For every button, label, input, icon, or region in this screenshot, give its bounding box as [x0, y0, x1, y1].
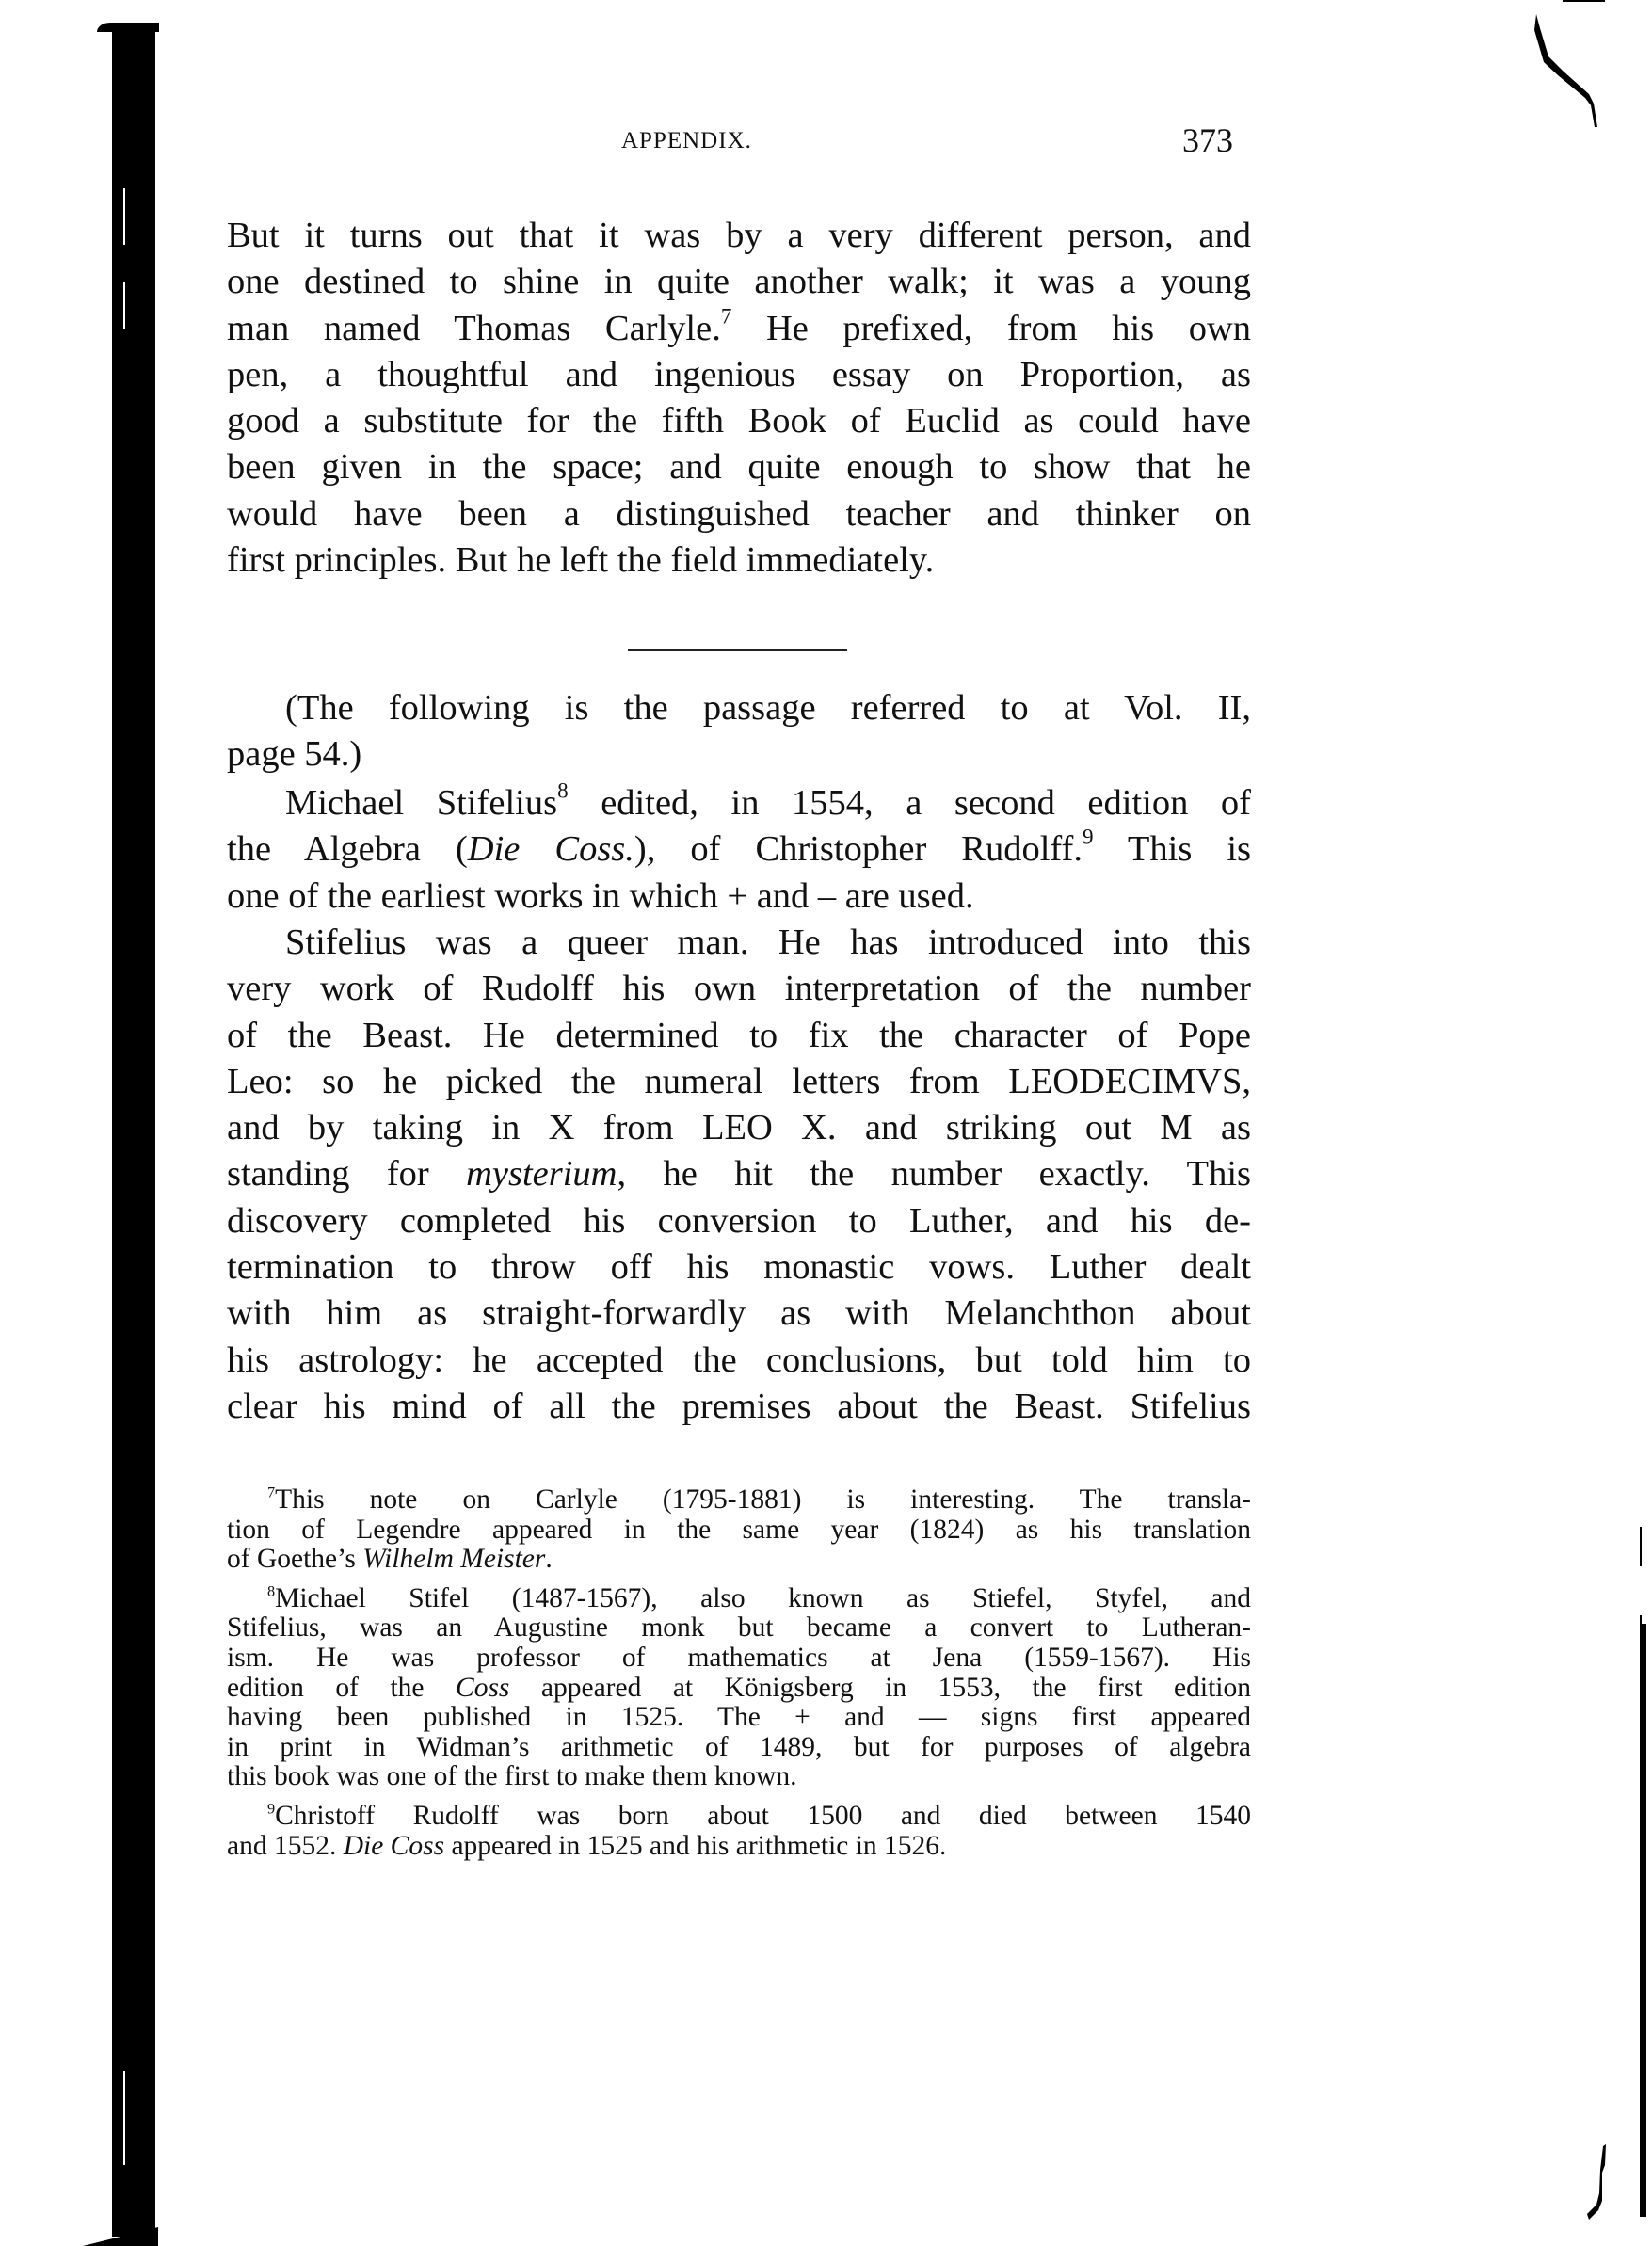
- footnote-marker: 7: [267, 1484, 275, 1501]
- footnote-line: tion of Legendre appeared in the same ye…: [227, 1516, 1251, 1546]
- text-line: his astrology: he accepted the conclusio…: [227, 1338, 1251, 1384]
- paragraph-stifelius-beast: Stifelius was a queer man. He has introd…: [227, 920, 1251, 1430]
- text-line: (The following is the passage referred t…: [227, 685, 1251, 731]
- text-line: of the Beast. He determined to fix the c…: [227, 1013, 1251, 1059]
- text-line: one of the earliest works in which + and…: [227, 874, 1251, 920]
- text-line: But it turns out that it was by a very d…: [227, 213, 1251, 259]
- footnote-ref-8[interactable]: 8: [557, 778, 569, 803]
- footnote-line: Stifelius, was an Augustine monk but bec…: [227, 1613, 1251, 1644]
- text-line: Michael Stifelius8 edited, in 1554, a se…: [227, 780, 1251, 826]
- text-line: one destined to shine in quite another w…: [227, 259, 1251, 305]
- footnote-7: 7This note on Carlyle (1795-1881) is int…: [227, 1485, 1251, 1575]
- text-line: been given in the space; and quite enoug…: [227, 444, 1251, 490]
- text-line: page 54.): [227, 731, 1251, 778]
- footnotes: 7This note on Carlyle (1795-1881) is int…: [227, 1485, 1251, 1870]
- section-divider: [628, 649, 847, 651]
- passage-reference-note: (The following is the passage referred t…: [227, 685, 1251, 778]
- text-line: pen, a thoughtful and ingenious essay on…: [227, 352, 1251, 398]
- text-line: man named Thomas Carlyle.7 He prefixed, …: [227, 306, 1251, 352]
- footnote-line: and 1552. Die Coss appeared in 1525 and …: [227, 1832, 1251, 1862]
- page-number: 373: [1182, 120, 1233, 160]
- footnote-line: 8Michael Stifel (1487-1567), also known …: [227, 1584, 1251, 1614]
- text-line: termination to throw off his monastic vo…: [227, 1244, 1251, 1291]
- text-line: with him as straight-forwardly as with M…: [227, 1291, 1251, 1337]
- text-line: and by taking in X from LEO X. and strik…: [227, 1105, 1251, 1151]
- footnote-ref-9[interactable]: 9: [1083, 825, 1094, 849]
- footnote-marker: 9: [267, 1801, 275, 1818]
- footnote-line: this book was one of the first to make t…: [227, 1762, 1251, 1792]
- text-line: good a substitute for the fifth Book of …: [227, 398, 1251, 444]
- paragraph-stifelius-edition: Michael Stifelius8 edited, in 1554, a se…: [227, 780, 1251, 920]
- footnote-line: having been published in 1525. The + and…: [227, 1703, 1251, 1733]
- text-line: discovery completed his conversion to Lu…: [227, 1198, 1251, 1244]
- text-line: first principles. But he left the field …: [227, 537, 1251, 584]
- text-line: clear his mind of all the premises about…: [227, 1384, 1251, 1430]
- footnote-9: 9Christoff Rudolff was born about 1500 a…: [227, 1802, 1251, 1861]
- page-header: APPENDIX. 373: [226, 120, 1261, 168]
- footnote-line: ism. He was professor of mathematics at …: [227, 1644, 1251, 1674]
- footnote-ref-7[interactable]: 7: [721, 303, 732, 328]
- footnote-marker: 8: [267, 1582, 275, 1599]
- footnote-8: 8Michael Stifel (1487-1567), also known …: [227, 1584, 1251, 1792]
- text-line: would have been a distinguished teacher …: [227, 491, 1251, 537]
- footnote-line: edition of the Coss appeared at Königsbe…: [227, 1674, 1251, 1704]
- footnote-line: 9Christoff Rudolff was born about 1500 a…: [227, 1802, 1251, 1832]
- footnote-line: in print in Widman’s arithmetic of 1489,…: [227, 1733, 1251, 1763]
- footnote-line: 7This note on Carlyle (1795-1881) is int…: [227, 1485, 1251, 1516]
- paragraph-carlyle: But it turns out that it was by a very d…: [227, 213, 1251, 584]
- text-line: standing for mysterium, he hit the numbe…: [227, 1151, 1251, 1197]
- running-head: APPENDIX.: [621, 128, 752, 154]
- text-line: Stifelius was a queer man. He has introd…: [227, 920, 1251, 966]
- footnote-line: of Goethe’s Wilhelm Meister.: [227, 1545, 1251, 1575]
- text-line: very work of Rudolff his own interpretat…: [227, 966, 1251, 1012]
- text-line: the Algebra (Die Coss.), of Christopher …: [227, 826, 1251, 873]
- text-line: Leo: so he picked the numeral letters fr…: [227, 1059, 1251, 1105]
